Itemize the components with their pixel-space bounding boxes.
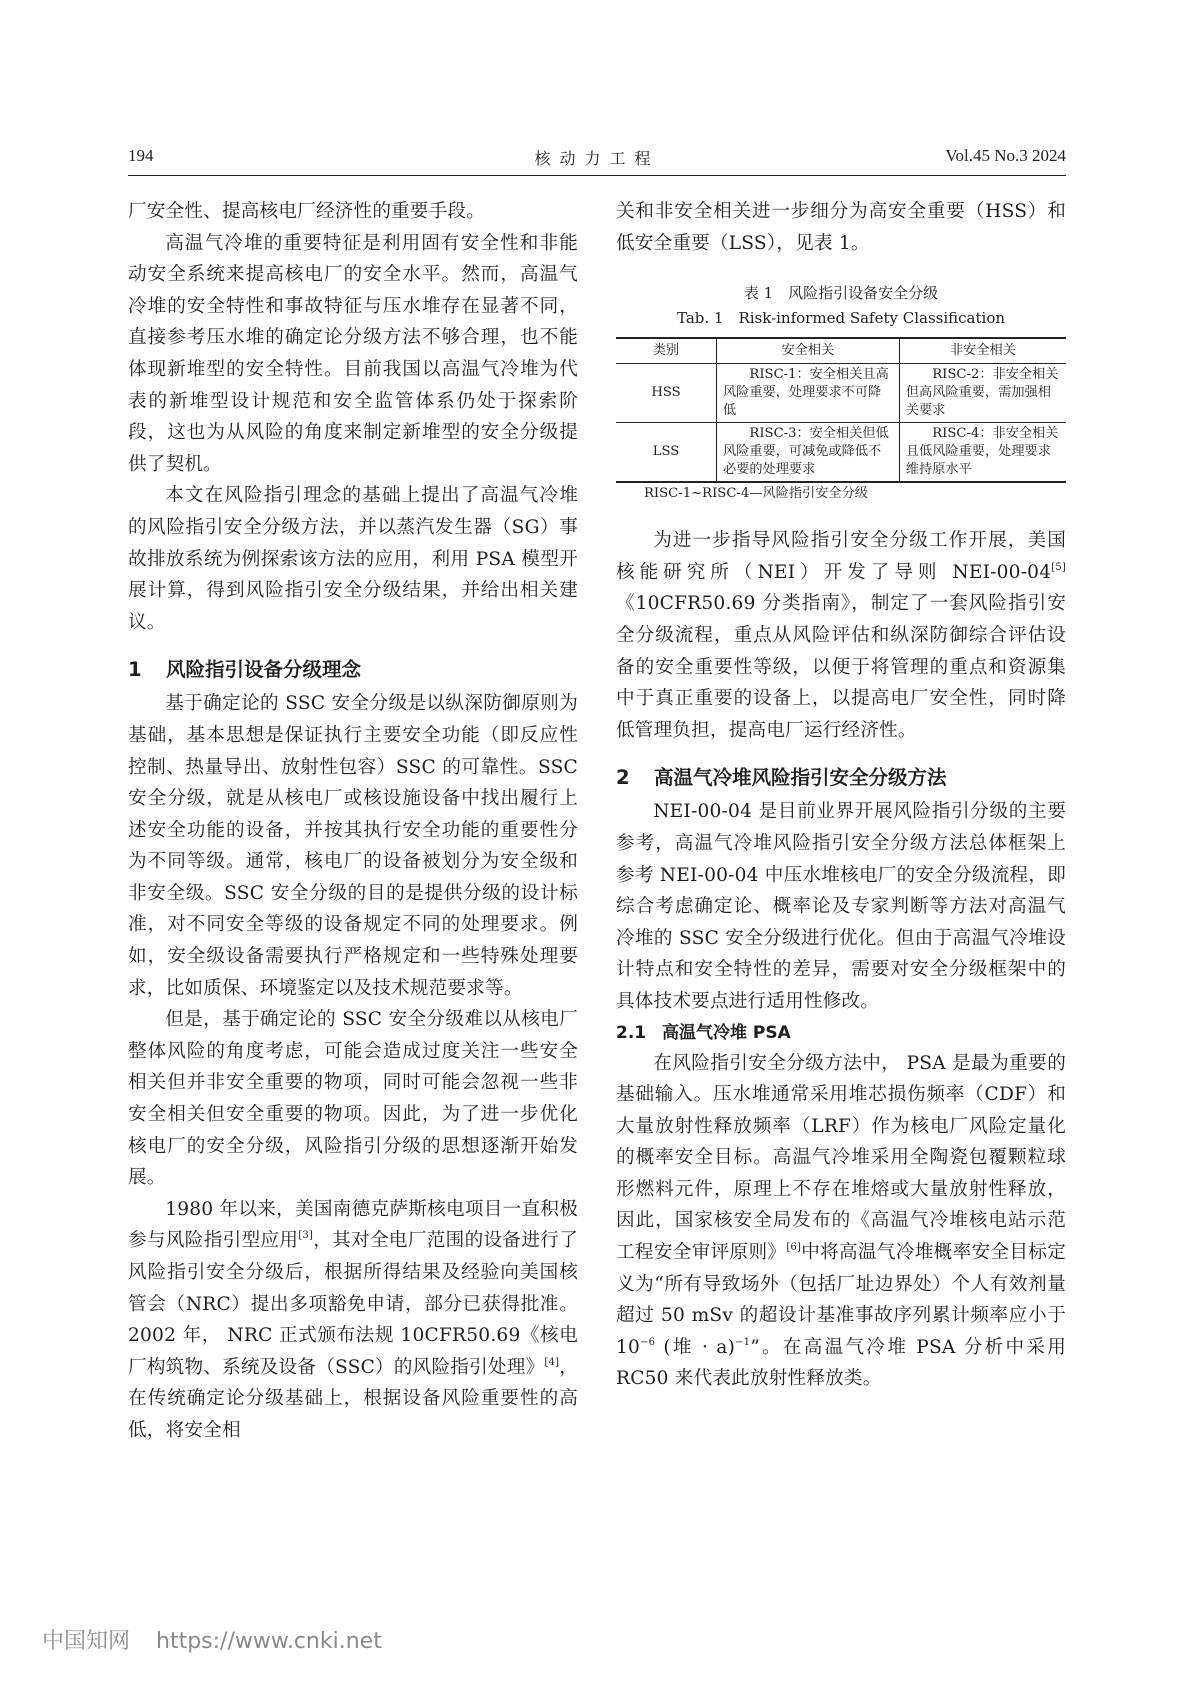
risk-classification-table: 类别 安全相关 非安全相关 HSS RISC-1：安全相关且高风险重要，处理要求… xyxy=(616,337,1066,483)
paragraph: 本文在风险指引理念的基础上提出了高温气冷堆的风险指引安全分级方法，并以蒸汽发生器… xyxy=(128,480,578,638)
paragraph: 在风险指引安全分级方法中， PSA 是最为重要的基础输入。压水堆通常采用堆芯损伤… xyxy=(616,1048,1066,1396)
text-run: (堆 · a) xyxy=(655,1337,735,1358)
exponent: −6 xyxy=(640,1337,655,1348)
table-header-cell: 安全相关 xyxy=(717,338,900,364)
text-run: 《10CFR50.69 分类指南》，制定了一套风险指引安全分级流程，重点从风险评… xyxy=(616,593,1066,740)
paragraph: 但是，基于确定论的 SSC 安全分级难以从核电厂整体风险的角度考虑，可能会造成过… xyxy=(128,1004,578,1194)
table-cell: RISC-1：安全相关且高风险重要，处理要求不可降低 xyxy=(717,364,900,423)
journal-name: 核动力工程 xyxy=(128,146,1066,169)
watermark-url[interactable]: https://www.cnki.net xyxy=(156,1629,382,1654)
subsection-title: 高温气冷堆 PSA xyxy=(662,1023,791,1043)
section-number: 1 xyxy=(128,652,166,688)
section-title: 风险指引设备分级理念 xyxy=(166,658,361,681)
table-cell: RISC-3：安全相关但低风险重要，可减免或降低不必要的处理要求 xyxy=(717,423,900,483)
paragraph: 为进一步指导风险指引安全分级工作开展，美国核能研究所（NEI）开发了导则 NEI… xyxy=(616,525,1066,746)
citation-ref[interactable]: [5] xyxy=(1051,562,1066,573)
running-header: 194 核动力工程 Vol.45 No.3 2024 xyxy=(128,142,1066,168)
citation-ref[interactable]: [6] xyxy=(786,1242,801,1253)
table-row: LSS RISC-3：安全相关但低风险重要，可减免或降低不必要的处理要求 RIS… xyxy=(616,423,1066,483)
subsection-heading-2-1: 2.1高温气冷堆 PSA xyxy=(616,1018,1066,1048)
table-cell: RISC-2：非安全相关但高风险重要，需加强相关要求 xyxy=(899,364,1066,423)
header-divider xyxy=(128,175,1066,176)
table-header-row: 类别 安全相关 非安全相关 xyxy=(616,338,1066,364)
exponent: −1 xyxy=(735,1337,750,1348)
left-column: 厂安全性、提高核电厂经济性的重要手段。 高温气冷堆的重要特征是利用固有安全性和非… xyxy=(128,196,578,1447)
right-column: 关和非安全相关进一步细分为高安全重要（HSS）和低安全重要（LSS），见表 1。… xyxy=(616,196,1066,1395)
citation-ref[interactable]: [4] xyxy=(544,1357,559,1368)
cnki-watermark: 中国知网https://www.cnki.net xyxy=(42,1624,382,1655)
subsection-number: 2.1 xyxy=(616,1018,662,1048)
text-run: 为进一步指导风险指引安全分级工作开展，美国核能研究所（NEI）开发了导则 NEI… xyxy=(616,530,1066,583)
table-cell-category: HSS xyxy=(616,364,717,423)
paragraph: 厂安全性、提高核电厂经济性的重要手段。 xyxy=(128,196,578,228)
table-cell-category: LSS xyxy=(616,423,717,483)
watermark-brand: 中国知网 xyxy=(42,1629,130,1654)
table-header-cell: 类别 xyxy=(616,338,717,364)
table-note: RISC-1~RISC-4—风险指引安全分级 xyxy=(616,483,1066,505)
table-cell: RISC-4：非安全相关且低风险重要，处理要求维持原水平 xyxy=(899,423,1066,483)
paragraph: 关和非安全相关进一步细分为高安全重要（HSS）和低安全重要（LSS），见表 1。 xyxy=(616,196,1066,259)
text-run: ，其对全电厂范围的设备进行了风险指引安全分级后，根据所得结果及经验向美国核管会（… xyxy=(128,1230,578,1377)
paragraph: 1980 年以来，美国南德克萨斯核电项目一直积极参与风险指引型应用[3]，其对全… xyxy=(128,1194,578,1447)
volume-issue: Vol.45 No.3 2024 xyxy=(945,146,1066,166)
paragraph: NEI-00-04 是目前业界开展风险指引分级的主要参考，高温气冷堆风险指引安全… xyxy=(616,796,1066,1017)
table-caption-cn: 表 1 风险指引设备安全分级 xyxy=(616,281,1066,306)
table-header-cell: 非安全相关 xyxy=(899,338,1066,364)
paragraph: 高温气冷堆的重要特征是利用固有安全性和非能动安全系统来提高核电厂的安全水平。然而… xyxy=(128,228,578,481)
citation-ref[interactable]: [3] xyxy=(298,1230,313,1241)
section-heading-1: 1风险指引设备分级理念 xyxy=(128,652,578,688)
table-row: HSS RISC-1：安全相关且高风险重要，处理要求不可降低 RISC-2：非安… xyxy=(616,364,1066,423)
section-title: 高温气冷堆风险指引安全分级方法 xyxy=(654,766,947,789)
section-number: 2 xyxy=(616,760,654,796)
table-caption-en: Tab. 1 Risk-informed Safety Classificati… xyxy=(616,306,1066,331)
text-run: 在风险指引安全分级方法中， PSA 是最为重要的基础输入。压水堆通常采用堆芯损伤… xyxy=(616,1053,1066,1264)
section-heading-2: 2高温气冷堆风险指引安全分级方法 xyxy=(616,760,1066,796)
paragraph: 基于确定论的 SSC 安全分级是以纵深防御原则为基础，基本思想是保证执行主要安全… xyxy=(128,688,578,1004)
